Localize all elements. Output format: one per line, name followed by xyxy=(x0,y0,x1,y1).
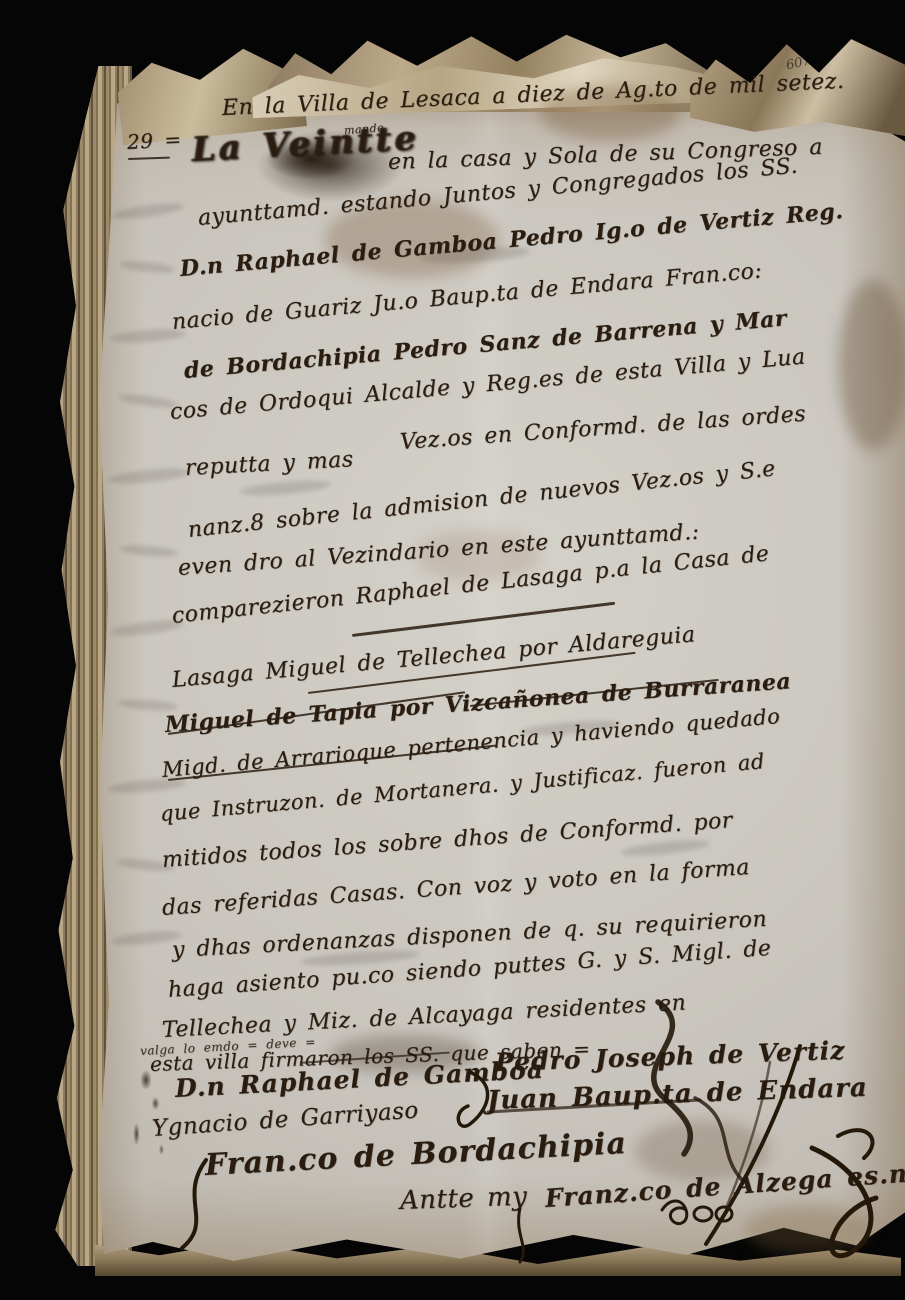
photograph-background: 607 29 = En la Villa de Lesaca a diez de… xyxy=(0,0,905,1300)
interline-correction: mande xyxy=(344,121,385,137)
ink-drip xyxy=(158,1142,165,1157)
page-number: 29 = xyxy=(126,127,182,154)
attestation-ante-mi: Antte my xyxy=(399,1182,527,1216)
stain xyxy=(745,1205,870,1253)
ink-drip xyxy=(132,1118,141,1150)
stain xyxy=(838,280,905,450)
ink-drip xyxy=(150,1094,161,1113)
